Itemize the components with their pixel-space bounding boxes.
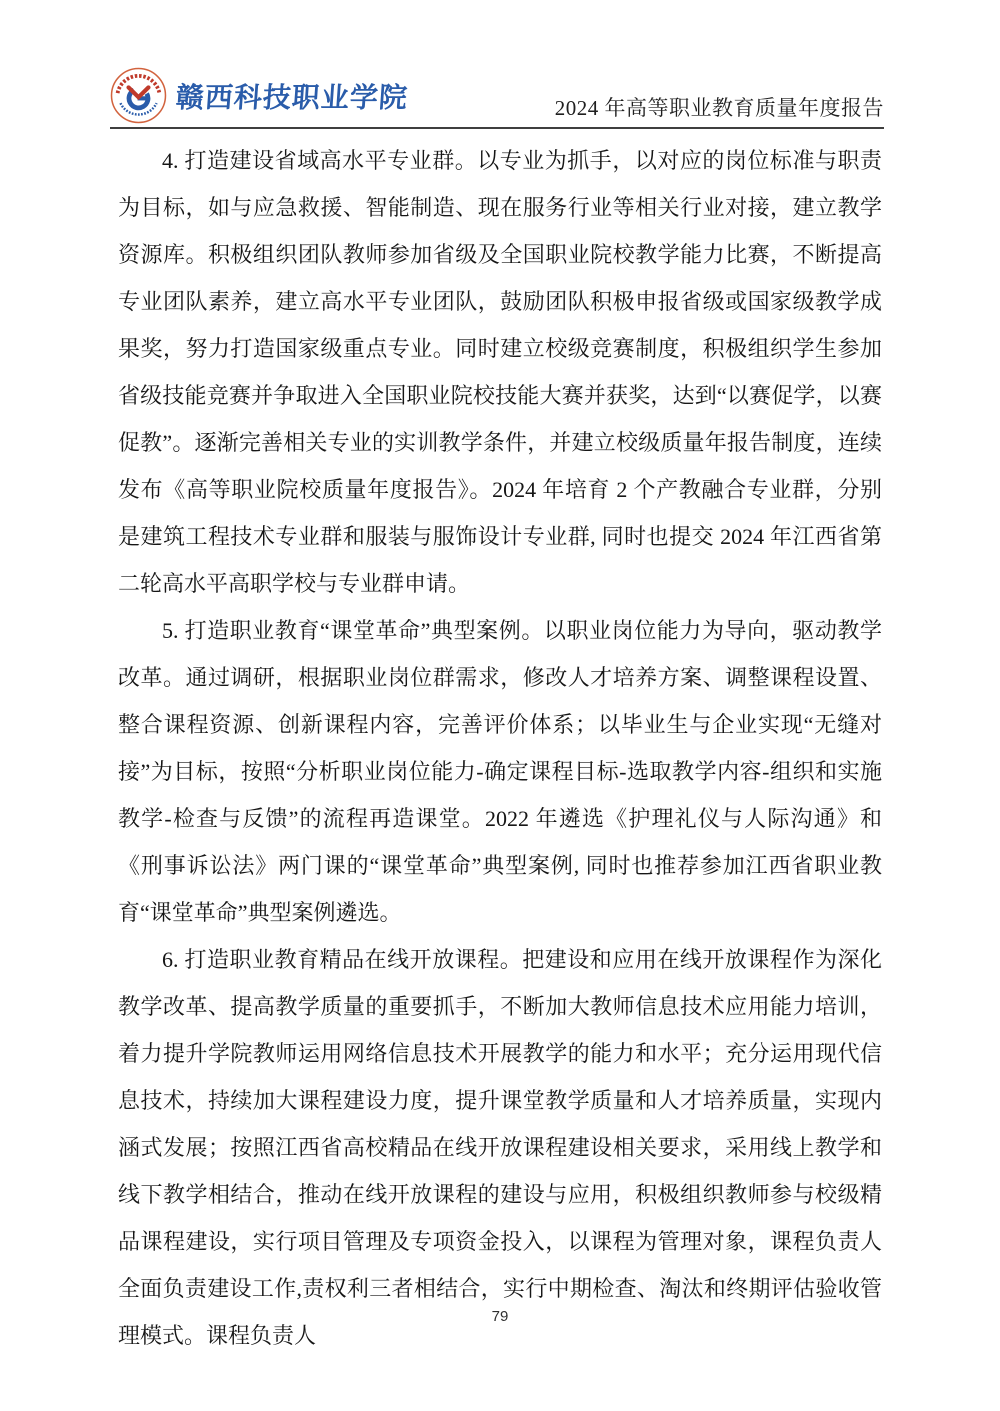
school-name: 赣西科技职业学院 [175,76,410,116]
report-title: 2024 年高等职业教育质量年度报告 [555,92,884,127]
page-header: 赣西科技职业学院 2024 年高等职业教育质量年度报告 [110,56,884,129]
document-page: 赣西科技职业学院 2024 年高等职业教育质量年度报告 4. 打造建设省域高水平… [0,0,1000,1411]
school-seal-icon [110,67,167,124]
page-footer: 79 [0,1308,1000,1325]
paragraph-4: 4. 打造建设省域高水平专业群。以专业为抓手，以对应的岗位标准与职责为目标，如与… [118,137,882,607]
page-number: 79 [492,1308,509,1325]
paragraph-5: 5. 打造职业教育“课堂革命”典型案例。以职业岗位能力为导向，驱动教学改革。通过… [118,607,882,936]
paragraph-6: 6. 打造职业教育精品在线开放课程。把建设和应用在线开放课程作为深化教学改革、提… [118,936,882,1359]
document-body: 4. 打造建设省域高水平专业群。以专业为抓手，以对应的岗位标准与职责为目标，如与… [118,137,882,1359]
school-logo: 赣西科技职业学院 [110,67,408,124]
